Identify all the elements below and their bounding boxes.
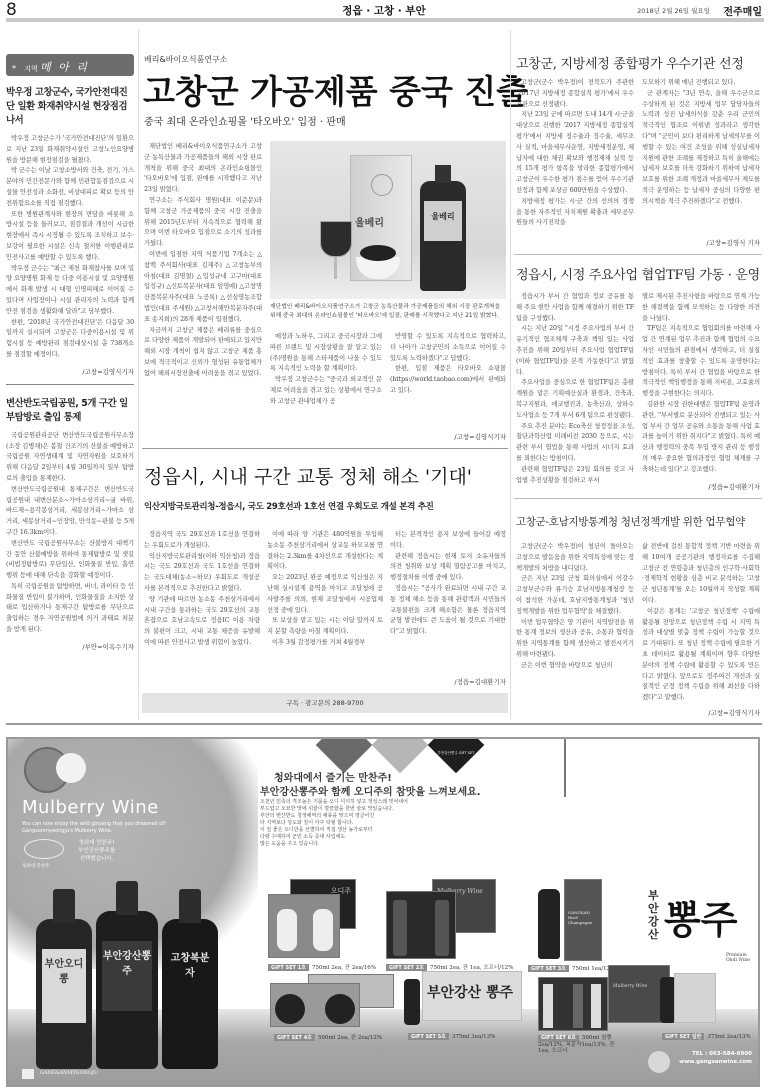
wine-bottle xyxy=(393,900,407,956)
ad-tagline-2: Gangsanmyeongju's Mulberry Wine. xyxy=(22,828,112,834)
giftset-2-box xyxy=(386,891,456,959)
ad-tagline-1: You can now enjoy the wild ginseng that … xyxy=(22,821,166,827)
round-bottle xyxy=(325,994,355,1024)
bottle-label: 울베리 xyxy=(424,201,462,241)
bottle-odi: 부안오디뽕 xyxy=(36,919,92,1069)
box-emblem xyxy=(371,174,393,196)
tf-col-2: 별로 제시된 추진사항을 바탕으로 연계 가능한 해결책을 함께 모색하는 등 … xyxy=(642,292,760,477)
giftset-7-box xyxy=(674,973,716,1023)
brand-caption: Premium Ohdi Wine xyxy=(726,953,758,963)
ad-separator xyxy=(6,723,762,725)
main-col-3: 반영할 수 있도록 지속적으로 협력하고, 더 나아가 고창군민의 소득으로 이… xyxy=(390,332,506,422)
memo-headline: 박우정 고창군수, 국가안전대진단 일환 화재취약시설 현장점검 나서 xyxy=(6,86,134,128)
bottle-bokbunja: 고창복분자 xyxy=(162,919,218,1069)
tf-byline: /정읍=김대환기자 xyxy=(642,482,760,491)
youth-col-2: 삶 전반에 걸친 통합적 정책 기반 마련을 위해 10여개 공공기관의 행정자… xyxy=(642,542,760,707)
traffic-col-3: 터는 본격적인 용지 보상에 들어갈 예정이다. 관련해 정읍시는 현재 토지 … xyxy=(390,530,506,670)
giftset-5-label: GIFT SET 5호375ml 3ea/13% xyxy=(408,1033,495,1040)
company-name: GANGSANMYEONGJU xyxy=(40,1070,98,1076)
bottle-cap xyxy=(435,165,451,183)
giftset-7-label: GIFT SET 일반375ml 2ea/13% xyxy=(662,1033,751,1040)
advertisement: Mulberry Wine You can now enjoy the wild… xyxy=(6,737,760,1087)
divider xyxy=(514,498,762,499)
ad-headline-1: 청와대에서 즐기는 만찬주! xyxy=(274,769,392,784)
giftset-6-box-back xyxy=(564,739,566,797)
traffic-headline: 정읍시, 시내 구간 교통 정체 해소 '기대' xyxy=(144,462,472,489)
left-column: * 지역 메 아 리 박우정 고창군수, 국가안전대진단 일환 화재취약시설 현… xyxy=(6,30,134,651)
ad-website[interactable]: www.gangsanwine.com xyxy=(672,1059,752,1065)
column-tag-title: 메 아 리 xyxy=(40,61,89,74)
byeonsan-headline: 변산반도국립공원, 5개 구간 일부탐방로 출입 통제 xyxy=(6,397,134,425)
traffic-byline: /정읍=김대환기자 xyxy=(390,677,506,686)
divider xyxy=(6,384,134,385)
traffic-col-2: 이에 따라 양 기관은 480억원을 투입해 농소동 주천삼거리에서 상교동 하… xyxy=(267,530,383,690)
traffic-subheadline: 익산지방국토관리청-정읍시, 국도 29호선과 1호선 연결 우회도로 개설 본… xyxy=(144,500,434,512)
tf-col-1: 정읍시가 부서 간 협업과 정보 공유를 통해 주요 현안 사업을 함께 해결하… xyxy=(516,292,634,492)
berries xyxy=(360,245,396,261)
byeonsan-body: 국립공원관리공단 변산반도국립공원사무소장(소장 김병채)은 봄철 건조기의 산… xyxy=(6,431,134,636)
tax-headline: 고창군, 지방세정 종합평가 우수기관 선정 xyxy=(516,53,744,72)
giftset-4-box xyxy=(270,983,360,1027)
traffic-col-1: 정읍지역 국도 29호선과 1호선을 연결하는 우회도로가 개설된다. 익산지방… xyxy=(144,530,260,690)
giftset-6-label: GIFT SET 6호500ml 참뽕2ea/12%, 복분자1ea/13%, … xyxy=(538,1035,624,1055)
company-logo-icon xyxy=(22,1069,34,1079)
column-tag-small: 지역 xyxy=(24,65,38,73)
glass-stem xyxy=(334,257,337,279)
calligraphy-brand: 뽕주 xyxy=(664,889,737,944)
round-bottle xyxy=(275,994,305,1024)
box-label: 울베리 xyxy=(355,214,384,229)
byeonsan-byline: /부안=이옥수기자 xyxy=(6,642,134,651)
giftset-6-box xyxy=(538,977,608,1031)
giftset-3-bag: GANGSAN Rosé Champagne xyxy=(564,879,602,961)
youth-headline: 고창군-호남지방통계청 청년정책개발 위한 업무협약 xyxy=(516,514,745,529)
main-subheadline: 중국 최대 온라인쇼핑몰 '타오바오' 입점 · 판매 xyxy=(144,113,346,128)
mascot-icon xyxy=(56,753,86,783)
tax-col-2: 도모하기 위해 매년 진행되고 있다. 군 관계자는 "3년 연속, 올해 우수… xyxy=(642,78,760,228)
giftset-3-label: GIFT SET 3호750ml 1ea/12% xyxy=(528,965,615,972)
column-rule xyxy=(510,30,511,720)
giftset-2-label: GIFT SET 2호750ml 2ea, 잔 1ea, 오프너/12% xyxy=(386,963,513,971)
youth-byline: /고창=김영식기자 xyxy=(642,708,760,717)
giftset-5-bottle xyxy=(404,979,420,1025)
product-photo: 울베리 울베리 xyxy=(270,141,506,299)
giftset-3-bottle xyxy=(538,889,560,959)
ad-badge-text: 청와대 만찬주! 부안강산뽕주를 선택했습니다. xyxy=(78,839,115,863)
wine-bottle xyxy=(543,984,553,1028)
bottle-gangsan: 부안강산뽕주 xyxy=(96,911,158,1069)
divider xyxy=(142,448,508,449)
youth-col-1: 고창군(군수 박우정)이 청년이 돌아오는 고창으로 발돋움을 위한 지역특성에… xyxy=(516,542,634,712)
emblem-caption: 청와대 만찬주 xyxy=(22,863,50,869)
main-col-1: 재단법인 베리&바이오식품연구소가 고창군 농특산물과 가공제품들의 해외 시장… xyxy=(144,142,262,442)
subscribe-banner: 구독 · 광고문의 288-9700 xyxy=(142,693,508,713)
divider xyxy=(514,254,762,255)
main-byline: /고창=김영식기자 xyxy=(390,432,506,441)
flower-diamond-image xyxy=(372,737,429,773)
column-rule xyxy=(138,30,139,720)
giftset-1-box xyxy=(268,894,340,958)
giftset-5-box: 부안강산 뽕주 xyxy=(422,971,522,1021)
column-tag: * 지역 메 아 리 xyxy=(6,54,134,76)
tax-byline: /고창=김영식 기자 xyxy=(642,238,760,247)
memo-body: 박우정 고창군수가 '국가안전대진단'의 일환으로 지난 23일 화재취약시설인… xyxy=(6,134,134,361)
ad-body: 오천년 민족의 격조높은 기품을 오디 넉넉히 넣고 정성스레 빚어내어 부드럽… xyxy=(260,799,408,848)
ad-headline-2: 부안강산뽕주와 함께 오디주의 참맛을 느껴보세요. xyxy=(260,783,481,798)
wine-glass xyxy=(320,221,352,257)
main-headline: 고창군 가공제품 중국 진출 xyxy=(143,66,528,113)
giftset-1-label: GIFT SET 1호750ml 2ea, 잔 2ea/16% xyxy=(268,963,376,971)
wine-bottle xyxy=(435,900,449,956)
berry-diamond-image xyxy=(316,737,373,773)
juice-bottle: 울베리 xyxy=(420,181,466,291)
wine-bottle xyxy=(573,984,583,1028)
ceramic-bottle xyxy=(313,909,333,951)
contact-logo-icon xyxy=(648,1051,670,1073)
photo-caption: 재단법인 베리&바이오식품연구소가 고창군 농특산물과 가공제품들의 해외 시장… xyxy=(270,303,506,321)
wine-bottle xyxy=(591,984,601,1028)
header-rule xyxy=(6,18,764,22)
newspaper-brand: 전주매일 xyxy=(723,3,762,18)
memo-byline: /고창=김영식기자 xyxy=(6,367,134,376)
giftset-4-label: GIFT SET 4호500ml 2ea, 잔 2ea/12% xyxy=(274,1033,382,1041)
giftset-badge-label: 부안강산뽕주 GIFT SET xyxy=(436,751,476,756)
main-col-2: 매장과 노하우, 그리고 중국시장과 그에 따른 브랜드 및 시장상황을 잘 알… xyxy=(270,332,382,442)
star-icon: * xyxy=(12,64,16,73)
ceramic-bottle xyxy=(277,909,297,951)
ad-title: Mulberry Wine xyxy=(22,797,159,818)
ad-phone: TEL : 063-584-6900 xyxy=(672,1051,752,1057)
bluehouse-emblem-icon xyxy=(24,839,64,859)
calligraphy-small: 부안강산 xyxy=(648,889,660,941)
tax-col-1: 고창군(군수 박우정)이 전북도가 주관한 '2017년 지방세정 종합실적 평… xyxy=(516,78,634,253)
tf-headline: 정읍시, 시정 주요사업 협업TF팀 가동 · 운영 xyxy=(516,264,760,283)
issue-date: 2018년 2월 26일 월요일 xyxy=(637,6,710,15)
main-kicker: 베리&바이오식품연구소 xyxy=(144,54,228,65)
